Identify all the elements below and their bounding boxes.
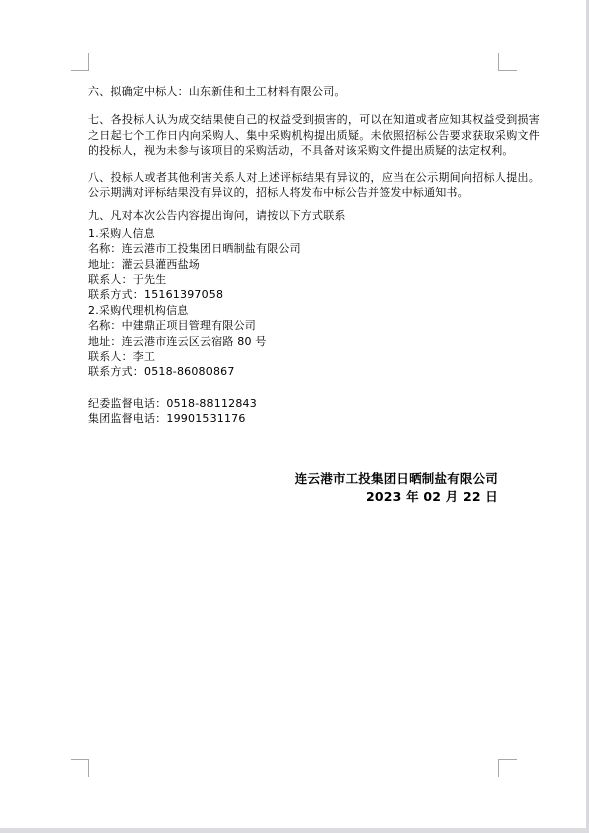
agency-contact-person: 联系人：李工 [88, 349, 540, 364]
signature-company: 连云港市工投集团日晒制盐有限公司 [88, 470, 498, 488]
agency-name: 名称：中建鼎正项目管理有限公司 [88, 318, 540, 333]
purchaser-info-block: 1.采购人信息 名称：连云港市工投集团日晒制盐有限公司 地址：灌云县灌西盐场 联… [88, 226, 540, 303]
agency-info-heading: 2.采购代理机构信息 [88, 303, 540, 318]
page-bottom-edge [0, 828, 589, 833]
purchaser-address: 地址：灌云县灌西盐场 [88, 257, 540, 272]
award-winner-line: 六、拟确定中标人：山东新佳和土工材料有限公司。 [88, 84, 540, 99]
paragraph-seven: 七、各投标人认为成交结果使自己的权益受到损害的，可以在知道或者应知其权益受到损害… [88, 112, 540, 158]
paragraph-seven-line-3: 的投标人，视为未参与该项目的采购活动，不具备对该采购文件提出质疑的法定权利。 [88, 143, 540, 158]
paragraph-seven-line-2: 之日起七个工作日内向采购人、集中采购机构提出质疑。未依照招标公告要求获取采购文件 [88, 128, 540, 143]
paragraph-seven-line-1: 七、各投标人认为成交结果使自己的权益受到损害的，可以在知道或者应知其权益受到损害 [88, 112, 540, 127]
agency-address: 地址：连云港市连云区云宿路 80 号 [88, 334, 540, 349]
document-body: 六、拟确定中标人：山东新佳和土工材料有限公司。 七、各投标人认为成交结果使自己的… [88, 84, 540, 506]
supervision-phones-block: 纪委监督电话：0518-88112843 集团监督电话：19901531176 [88, 396, 540, 427]
paragraph-eight-line-2: 公示期满对评标结果没有异议的，招标人将发布中标公告并签发中标通知书。 [88, 185, 540, 200]
purchaser-contact-person: 联系人：于先生 [88, 272, 540, 287]
paragraph-eight: 八、投标人或者其他利害关系人对上述评标结果有异议的，应当在公示期间向招标人提出。… [88, 170, 540, 201]
purchaser-phone: 联系方式：15161397058 [88, 287, 540, 302]
paragraph-eight-line-1: 八、投标人或者其他利害关系人对上述评标结果有异议的，应当在公示期间向招标人提出。 [88, 170, 540, 185]
purchaser-name: 名称：连云港市工投集团日晒制盐有限公司 [88, 241, 540, 256]
agency-phone: 联系方式：0518-86080867 [88, 364, 540, 379]
text-boundary-mark-top-left [71, 53, 89, 71]
text-boundary-mark-bottom-right [498, 759, 517, 777]
text-boundary-mark-top-right [498, 53, 517, 71]
text-boundary-mark-bottom-left [71, 759, 89, 777]
agency-info-block: 2.采购代理机构信息 名称：中建鼎正项目管理有限公司 地址：连云港市连云区云宿路… [88, 303, 540, 380]
paragraph-nine: 九、凡对本次公告内容提出询问，请按以下方式联系 [88, 208, 540, 223]
group-supervision-phone: 集团监督电话：19901531176 [88, 411, 540, 426]
purchaser-info-heading: 1.采购人信息 [88, 226, 540, 241]
signature-block: 连云港市工投集团日晒制盐有限公司 2023 年 02 月 22 日 [88, 470, 540, 506]
document-page: 六、拟确定中标人：山东新佳和土工材料有限公司。 七、各投标人认为成交结果使自己的… [0, 0, 589, 833]
discipline-supervision-phone: 纪委监督电话：0518-88112843 [88, 396, 540, 411]
signature-date: 2023 年 02 月 22 日 [88, 488, 498, 506]
